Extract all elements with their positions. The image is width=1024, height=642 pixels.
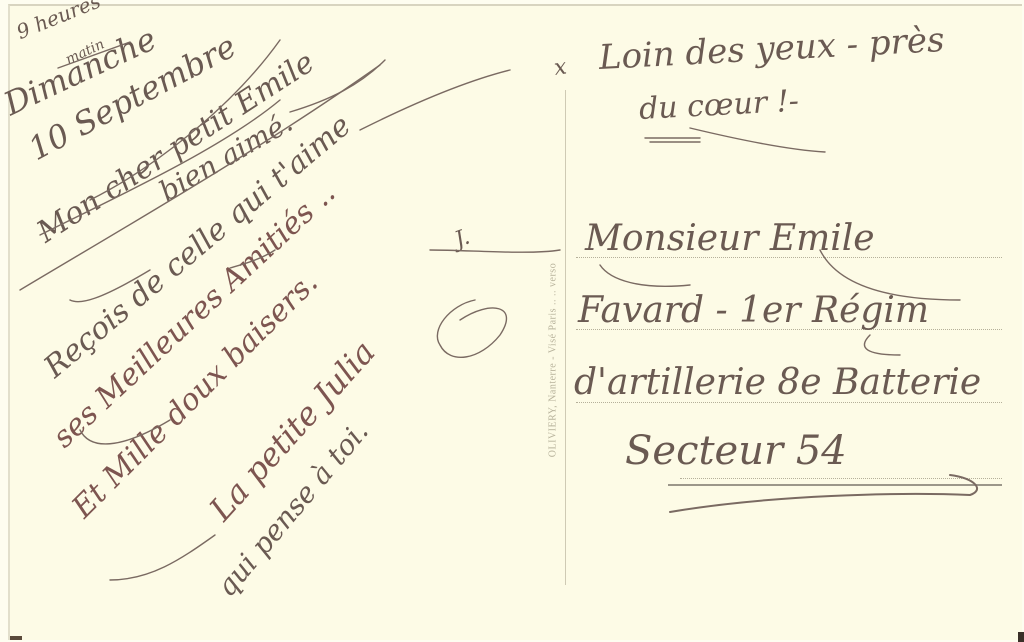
pen-flourishes [0,0,1024,642]
underline-stroke [58,42,130,68]
